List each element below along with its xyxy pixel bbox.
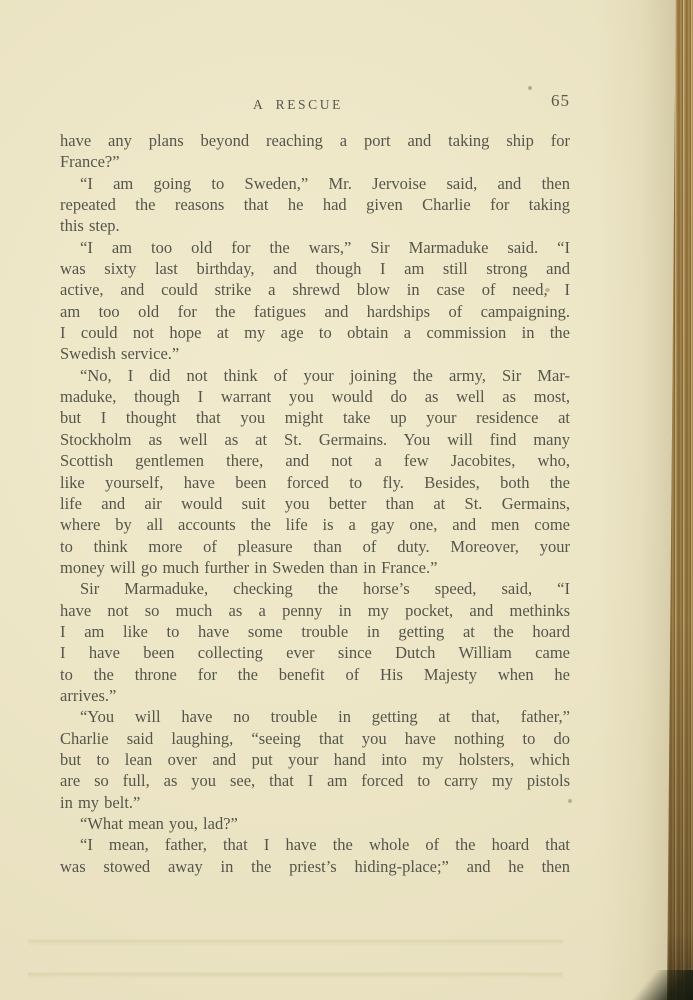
paragraph: “No, I did not think of your joining the…	[60, 365, 570, 578]
text-line: was sixty last birthday, and though I am…	[60, 258, 570, 279]
text-line: life and air would suit you better than …	[60, 493, 570, 514]
paragraph: have any plans beyond reaching a port an…	[60, 130, 570, 173]
paragraph: “I am going to Sweden,” Mr. Jervoise sai…	[60, 173, 570, 237]
text-line: Sir Marmaduke, checking the horse’s spee…	[60, 578, 570, 599]
text-line: but to lean over and put your hand into …	[60, 749, 570, 770]
paragraph: “I am too old for the wars,” Sir Marmadu…	[60, 237, 570, 365]
text-line: are so full, as you see, that I am force…	[60, 770, 570, 791]
text-line: I could not hope at my age to obtain a c…	[60, 322, 570, 343]
text-line: Scottish gentlemen there, and not a few …	[60, 450, 570, 471]
text-line: money will go much further in Sweden tha…	[60, 557, 570, 578]
text-line: Stockholm as well as at St. Germains. Yo…	[60, 429, 570, 450]
text-line: I am like to have some trouble in gettin…	[60, 621, 570, 642]
paper-speck	[568, 799, 572, 803]
paragraph: “I mean, father, that I have the whole o…	[60, 834, 570, 877]
text-line: “You will have no trouble in getting at …	[60, 706, 570, 727]
chapter-title: A RESCUE	[60, 97, 536, 113]
body-text: have any plans beyond reaching a port an…	[60, 130, 570, 877]
paragraph: “What mean you, lad?”	[60, 813, 570, 834]
paper-speck	[545, 288, 550, 292]
text-line: maduke, though I warrant you would do as…	[60, 386, 570, 407]
text-line: this step.	[60, 215, 570, 236]
paragraph: “You will have no trouble in getting at …	[60, 706, 570, 813]
text-line: was stowed away in the priest’s hiding-p…	[60, 856, 570, 877]
paragraph: Sir Marmaduke, checking the horse’s spee…	[60, 578, 570, 706]
running-header: A RESCUE 65	[60, 95, 570, 115]
text-line: “What mean you, lad?”	[60, 813, 570, 834]
text-line: to the throne for the benefit of His Maj…	[60, 664, 570, 685]
text-line: where by all accounts the life is a gay …	[60, 514, 570, 535]
text-line: arrives.”	[60, 685, 570, 706]
text-line: have not so much as a penny in my pocket…	[60, 600, 570, 621]
text-line: “I am too old for the wars,” Sir Marmadu…	[60, 237, 570, 258]
text-line: to think more of pleasure than of duty. …	[60, 536, 570, 557]
under-page-impressions	[28, 926, 563, 978]
page-number: 65	[551, 91, 570, 111]
text-line: am too old for the fatigues and hardship…	[60, 301, 570, 322]
text-line: Charlie said laughing, “seeing that you …	[60, 728, 570, 749]
text-line: like yourself, have been forced to fly. …	[60, 472, 570, 493]
text-line: “No, I did not think of your joining the…	[60, 365, 570, 386]
text-line: “I am going to Sweden,” Mr. Jervoise sai…	[60, 173, 570, 194]
page-curve-shadow	[597, 0, 677, 1000]
text-line: repeated the reasons that he had given C…	[60, 194, 570, 215]
cover-corner-shadow	[623, 970, 693, 1000]
text-line: France?”	[60, 151, 570, 172]
text-line: but I thought that you might take up you…	[60, 407, 570, 428]
text-line: I have been collecting ever since Dutch …	[60, 642, 570, 663]
text-line: Swedish service.”	[60, 343, 570, 364]
text-line: have any plans beyond reaching a port an…	[60, 130, 570, 151]
text-line: in my belt.”	[60, 792, 570, 813]
book-scan: A RESCUE 65 have any plans beyond reachi…	[0, 0, 693, 1000]
text-line: “I mean, father, that I have the whole o…	[60, 834, 570, 855]
paper-speck	[528, 86, 532, 90]
text-line: active, and could strike a shrewd blow i…	[60, 279, 570, 300]
